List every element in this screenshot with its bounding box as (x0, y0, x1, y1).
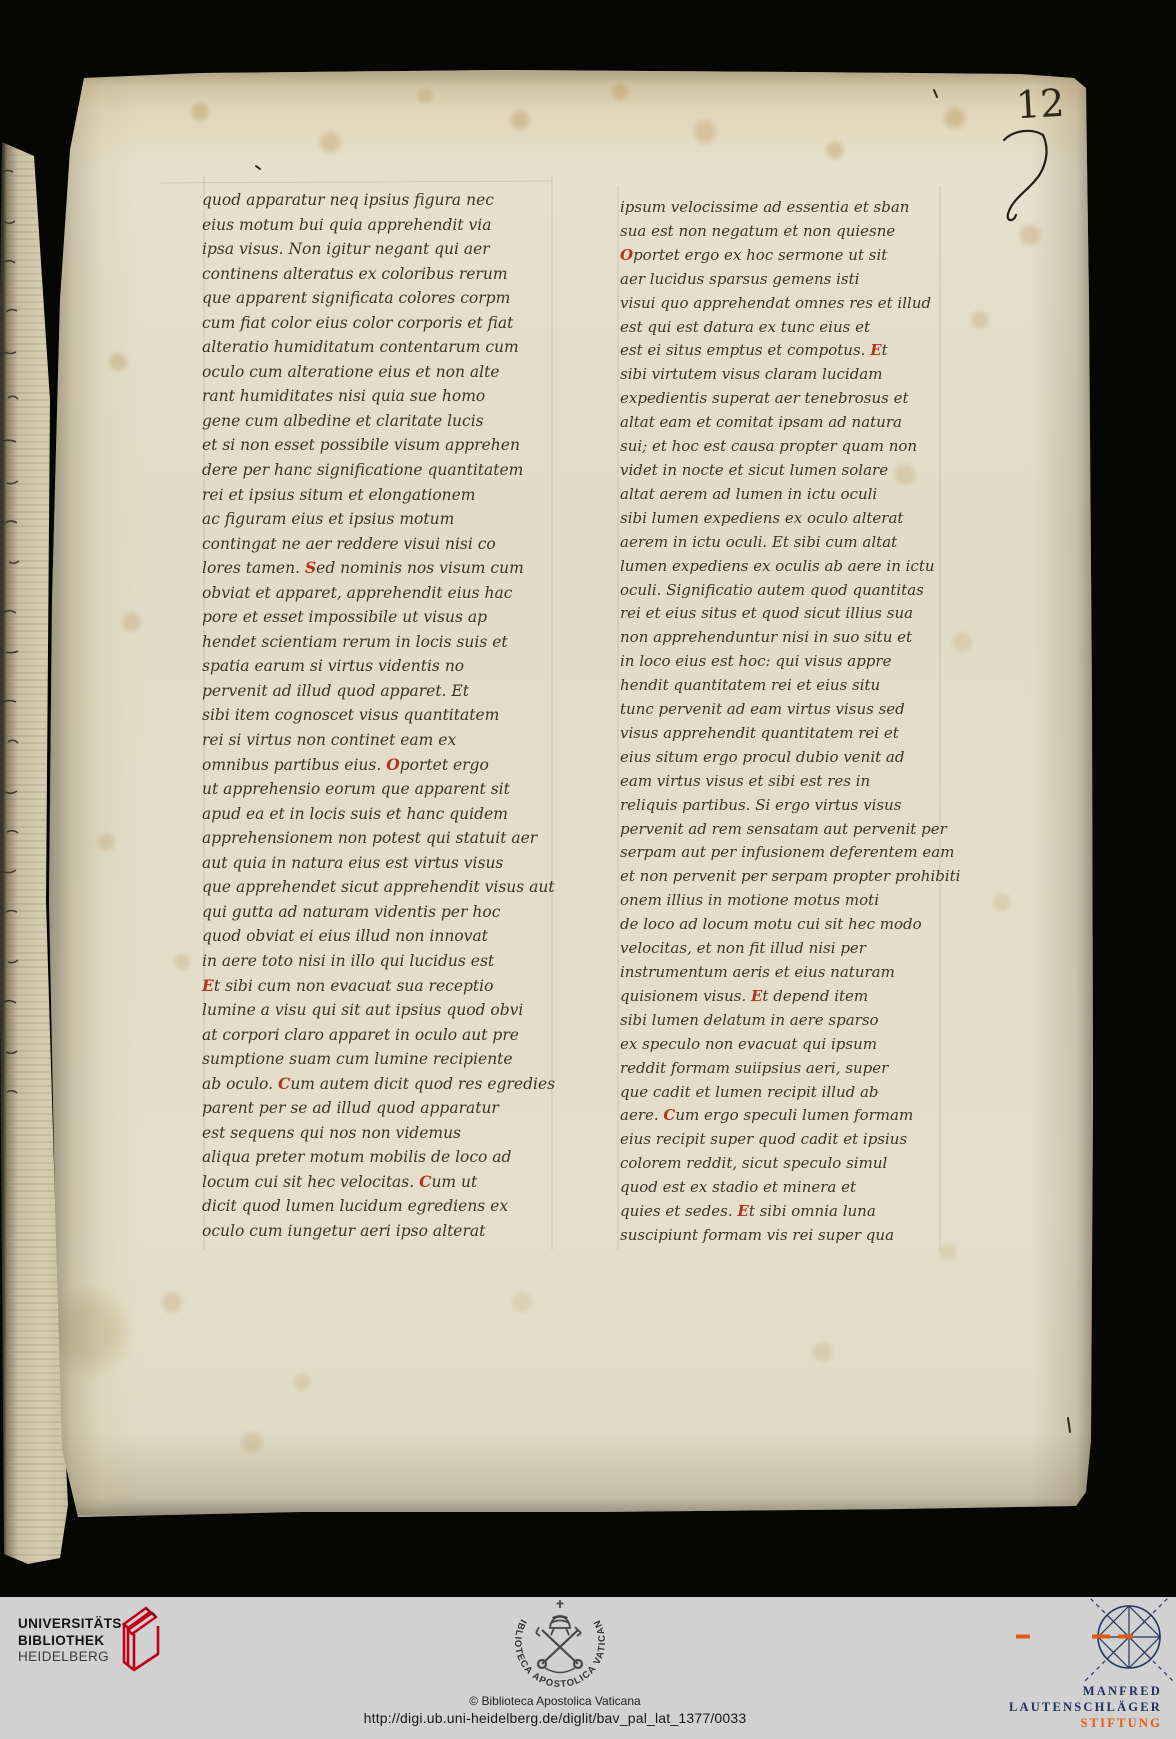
manuscript-line: videt in nocte et sicut lumen solare (620, 459, 938, 483)
manuscript-line: quod obviat ei eius illud non innovat (202, 924, 554, 949)
manuscript-line: ab oculo. Cum autem dicit quod res egred… (202, 1072, 554, 1097)
vatican-copyright: © Biblioteca Apostolica Vaticana (430, 1694, 680, 1708)
manuscript-line: sibi lumen expediens ex oculo alterat (620, 507, 938, 531)
source-url: http://digi.ub.uni-heidelberg.de/diglit/… (320, 1710, 790, 1726)
rubricated-initial: E (751, 987, 762, 1005)
manuscript-line: locum cui sit hec velocitas. Cum ut (202, 1170, 554, 1195)
manuscript-line: sibi lumen delatum in aere sparso (620, 1009, 938, 1033)
ub-heidelberg-wordmark: UNIVERSITÄTS- BIBLIOTHEK HEIDELBERG (18, 1616, 127, 1666)
manuscript-line: continens alteratus ex coloribus rerum (202, 262, 554, 287)
manuscript-line: aliqua preter motum mobilis de loco ad (202, 1145, 554, 1170)
manuscript-line: quod apparatur neq ipsius figura nec (202, 188, 554, 213)
manuscript-line: parent per se ad illud quod apparatur (202, 1096, 554, 1121)
rubricated-initial: E (202, 976, 214, 995)
rubricated-initial: O (386, 755, 400, 774)
rubricated-initial: C (419, 1172, 431, 1191)
manuscript-line: spatia earum si virtus videntis no (202, 654, 554, 679)
manuscript-column-right: ipsum velocissime ad essentia et sbansua… (620, 196, 938, 1248)
manuscript-line: velocitas, et non fit illud nisi per (620, 937, 938, 961)
manuscript-line: qui gutta ad naturam videntis per hoc (202, 900, 554, 925)
manuscript-line: non apprehenduntur nisi in suo situ et (620, 626, 938, 650)
manuscript-line: in loco eius est hoc: qui visus appre (620, 650, 938, 674)
manuscript-line: pervenit ad rem sensatam aut pervenit pe… (620, 818, 938, 842)
manuscript-line: rei si virtus non continet eam ex (202, 728, 554, 753)
manuscript-column-left: quod apparatur neq ipsius figura neceius… (202, 188, 554, 1244)
manuscript-line: sibi virtutem visus claram lucidam (620, 363, 938, 387)
manuscript-line: visui quo apprehendat omnes res et illud (620, 292, 938, 316)
manuscript-line: hendet scientiam rerum in locis suis et (202, 630, 554, 655)
manuscript-line: colorem reddit, sicut speculo simul (620, 1152, 938, 1176)
manuscript-line: que apprehendet sicut apprehendit visus … (202, 875, 554, 900)
vatican-seal: BIBLIOTECA APOSTOLICA VATICANA (490, 1597, 630, 1703)
folio-number: 12 (1015, 81, 1066, 127)
manuscript-line: altat aerem ad lumen in ictu oculi (620, 483, 938, 507)
manuscript-line: lumen expediens ex oculis ab aere in ict… (620, 555, 938, 579)
manuscript-line: lores tamen. Sed nominis nos visum cum (202, 556, 554, 581)
manuscript-line: eius motum bui quia apprehendit via (202, 213, 554, 238)
manuscript-line: pervenit ad illud quod apparet. Et (202, 679, 554, 704)
manuscript-line: altat eam et comitat ipsam ad natura (620, 411, 938, 435)
viewer-footer: UNIVERSITÄTS- BIBLIOTHEK HEIDELBERG (0, 1597, 1176, 1739)
manuscript-line: rant humiditates nisi quia sue homo (202, 384, 554, 409)
manuscript-line: pore et esset impossibile ut visus ap (202, 605, 554, 630)
manuscript-line: sui; et hoc est causa propter quam non (620, 435, 938, 459)
rubricated-initial: O (620, 246, 633, 264)
manuscript-line: oculo cum alteratione eius et non alte (202, 360, 554, 385)
ml-line2: LAUTENSCHLÄGER (1009, 1699, 1162, 1715)
manuscript-line: est ei situs emptus et compotus. Et (620, 339, 938, 363)
manuscript-page (0, 0, 1176, 1739)
manuscript-line: dere per hanc significatione quantitatem (202, 458, 554, 483)
manuscript-line: apprehensionem non potest qui statuit ae… (202, 826, 554, 851)
manuscript-line: et non pervenit per serpam propter prohi… (620, 865, 938, 889)
manuscript-line: quod est ex stadio et minera et (620, 1176, 938, 1200)
manuscript-line: at corpori claro apparet in oculo aut pr… (202, 1023, 554, 1048)
crossed-keys-icon (536, 1627, 582, 1673)
manuscript-line: sua est non negatum et non quiesne (620, 220, 938, 244)
manuscript-line: que cadit et lumen recipit illud ab (620, 1081, 938, 1105)
manuscript-line: suscipiunt formam vis rei super qua (620, 1224, 938, 1248)
ub-line3: HEIDELBERG (18, 1649, 127, 1666)
manuscript-line: aer lucidus sparsus gemens isti (620, 268, 938, 292)
manuscript-line: aerem in ictu oculi. Et sibi cum altat (620, 531, 938, 555)
manuscript-line: eius recipit super quod cadit et ipsius (620, 1128, 938, 1152)
ub-line1: UNIVERSITÄTS- (18, 1616, 127, 1633)
manuscript-line: dicit quod lumen lucidum egrediens ex (202, 1194, 554, 1219)
manuscript-line: rei et eius situs et quod sicut illius s… (620, 602, 938, 626)
ub-line2: BIBLIOTHEK (18, 1633, 127, 1650)
manuscript-line: reliquis partibus. Si ergo virtus visus (620, 794, 938, 818)
rubricated-initial: E (870, 341, 881, 359)
rubricated-initial: E (737, 1202, 748, 1220)
manuscript-line: tunc pervenit ad eam virtus visus sed (620, 698, 938, 722)
manuscript-line: quies et sedes. Et sibi omnia luna (620, 1200, 938, 1224)
manuscript-line: obviat et apparet, apprehendit eius hac (202, 581, 554, 606)
manuscript-line: de loco ad locum motu cui sit hec modo (620, 913, 938, 937)
manuscript-line: quisionem visus. Et depend item (620, 985, 938, 1009)
manuscript-line: gene cum albedine et claritate lucis (202, 409, 554, 434)
manuscript-line: ipsa visus. Non igitur negant qui aer (202, 237, 554, 262)
manuscript-line: expedientis superat aer tenebrosus et (620, 387, 938, 411)
manuscript-line: aere. Cum ergo speculi lumen formam (620, 1104, 938, 1128)
manuscript-line: est sequens qui nos non videmus (202, 1121, 554, 1146)
manuscript-line: sumptione suam cum lumine recipiente (202, 1047, 554, 1072)
manuscript-line: cum fiat color eius color corporis et fi… (202, 311, 554, 336)
papal-tiara-icon (550, 1600, 570, 1635)
rubricated-initial: C (278, 1074, 290, 1093)
manuscript-line: in aere toto nisi in illo qui lucidus es… (202, 949, 554, 974)
manuscript-line: est qui est datura ex tunc eius et (620, 316, 938, 340)
manuscript-line: alteratio humiditatum contentarum cum (202, 335, 554, 360)
rubricated-initial: C (663, 1106, 675, 1124)
manuscript-line: contingat ne aer reddere visui nisi co (202, 532, 554, 557)
manuscript-line: ipsum velocissime ad essentia et sban (620, 196, 938, 220)
manuscript-line: hendit quantitatem rei et eius situ (620, 674, 938, 698)
rubricated-initial: S (305, 558, 316, 577)
manuscript-line: oculo cum iungetur aeri ipso alterat (202, 1219, 554, 1244)
manuscript-line: oculi. Significatio autem quod quantitas (620, 579, 938, 603)
ml-line1: MANFRED (1083, 1683, 1162, 1699)
manuscript-line: eam virtus visus et sibi est res in (620, 770, 938, 794)
manuscript-line: onem illius in motione motus moti (620, 889, 938, 913)
ub-heidelberg-logo-icon (116, 1604, 170, 1680)
manuscript-line: omnibus partibus eius. Oportet ergo (202, 753, 554, 778)
manuscript-line: apud ea et in locis suis et hanc quidem (202, 802, 554, 827)
seal-circular-text: BIBLIOTECA APOSTOLICA VATICANA (490, 1597, 608, 1690)
manuscript-scan-viewer: 12 quod apparatur neq ipsius figura nece… (0, 0, 1176, 1739)
manuscript-line: reddit formam suiipsius aeri, super (620, 1057, 938, 1081)
manuscript-line: instrumentum aeris et eius naturam (620, 961, 938, 985)
manuscript-line: rei et ipsius situm et elongationem (202, 483, 554, 508)
manuscript-line: eius situm ergo procul dubio venit ad (620, 746, 938, 770)
manuscript-line: lumine a visu qui sit aut ipsius quod ob… (202, 998, 554, 1023)
manuscript-line: ex speculo non evacuat qui ipsum (620, 1033, 938, 1057)
manuscript-line: et si non esset possibile visum apprehen (202, 433, 554, 458)
ml-line3: STIFTUNG (1080, 1715, 1162, 1731)
manuscript-line: visus apprehendit quantitatem rei et (620, 722, 938, 746)
manuscript-line: serpam aut per infusionem deferentem eam (620, 841, 938, 865)
manuscript-line: ut apprehensio eorum que apparent sit (202, 777, 554, 802)
manuscript-line: sibi item cognoscet visus quantitatem (202, 703, 554, 728)
manuscript-line: aut quia in natura eius est virtus visus (202, 851, 554, 876)
manuscript-line: Oportet ergo ex hoc sermone ut sit (620, 244, 938, 268)
manuscript-line: ac figuram eius et ipsius motum (202, 507, 554, 532)
manuscript-line: que apparent significata colores corpm (202, 286, 554, 311)
manuscript-line: Et sibi cum non evacuat sua receptio (202, 974, 554, 999)
